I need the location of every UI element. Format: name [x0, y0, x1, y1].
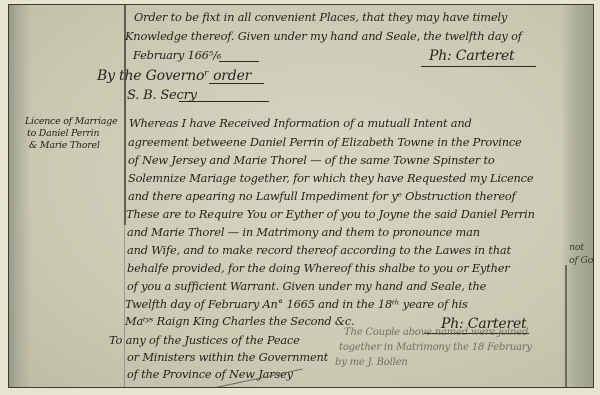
address-line-1: To any of the Justices of the Peace [109, 335, 300, 346]
right-fragment-line-2: of Gov [569, 255, 594, 267]
licence-line-4: Solemnize Mariage together, for which th… [128, 173, 533, 184]
right-edge-fold [565, 265, 567, 388]
by-order-line: By the Governoʳ order [97, 68, 251, 84]
licence-line-10: of you a sufficient Warrant. Given under… [127, 281, 486, 292]
address-line-2: or Ministers within the Government [127, 352, 328, 363]
order-line-3: February 166⁵/₆ [133, 50, 221, 61]
left-edge-shadow [9, 5, 31, 387]
licence-line-12: Maᵗʸˢ Raign King Charles the Second &c. [125, 316, 354, 327]
licence-line-7: and Marie Thorel — in Matrimony and them… [127, 227, 480, 238]
top-signature-flourish [421, 66, 536, 67]
by-order-flourish [209, 83, 264, 84]
top-signature: Ph: Carteret [429, 48, 514, 64]
right-fragment-line-1: not [569, 242, 584, 254]
secretary-flourish [179, 101, 269, 102]
endorsement-line-3: by me J. Bollen [335, 357, 408, 368]
licence-line-3: of New Jersey and Marie Thorel — of the … [128, 155, 495, 166]
manuscript-plate: Order to be fixt in all convenient Place… [8, 4, 594, 388]
order-line-1: Order to be fixt in all convenient Place… [134, 12, 507, 23]
margin-note-line-3: & Marie Thorel [29, 140, 100, 152]
licence-line-1: Whereas I have Received Information of a… [129, 118, 472, 129]
licence-line-9: behalfe provided, for the doing Whereof … [127, 263, 510, 274]
licence-line-2: agreement betweene Daniel Perrin of Eliz… [128, 137, 522, 148]
endorsement-line-2: together in Matrimony the 18 February [339, 342, 532, 353]
licence-line-5: and there apearing no Lawfull Impediment… [128, 191, 516, 202]
margin-note-line-2: to Daniel Perrin [27, 128, 99, 140]
margin-note-line-1: Licence of Marriage [25, 116, 117, 128]
date-flourish [219, 61, 259, 62]
licence-line-8: and Wife, and to make record thereof acc… [127, 245, 511, 256]
endorsement-line-1: The Couple above named were joined [344, 327, 528, 338]
order-line-2: Knowledge thereof. Given under my hand a… [125, 31, 522, 42]
licence-line-11: Twelfth day of February An° 1665 and in … [125, 299, 468, 310]
licence-line-6: These are to Require You or Eyther of yo… [126, 209, 535, 220]
